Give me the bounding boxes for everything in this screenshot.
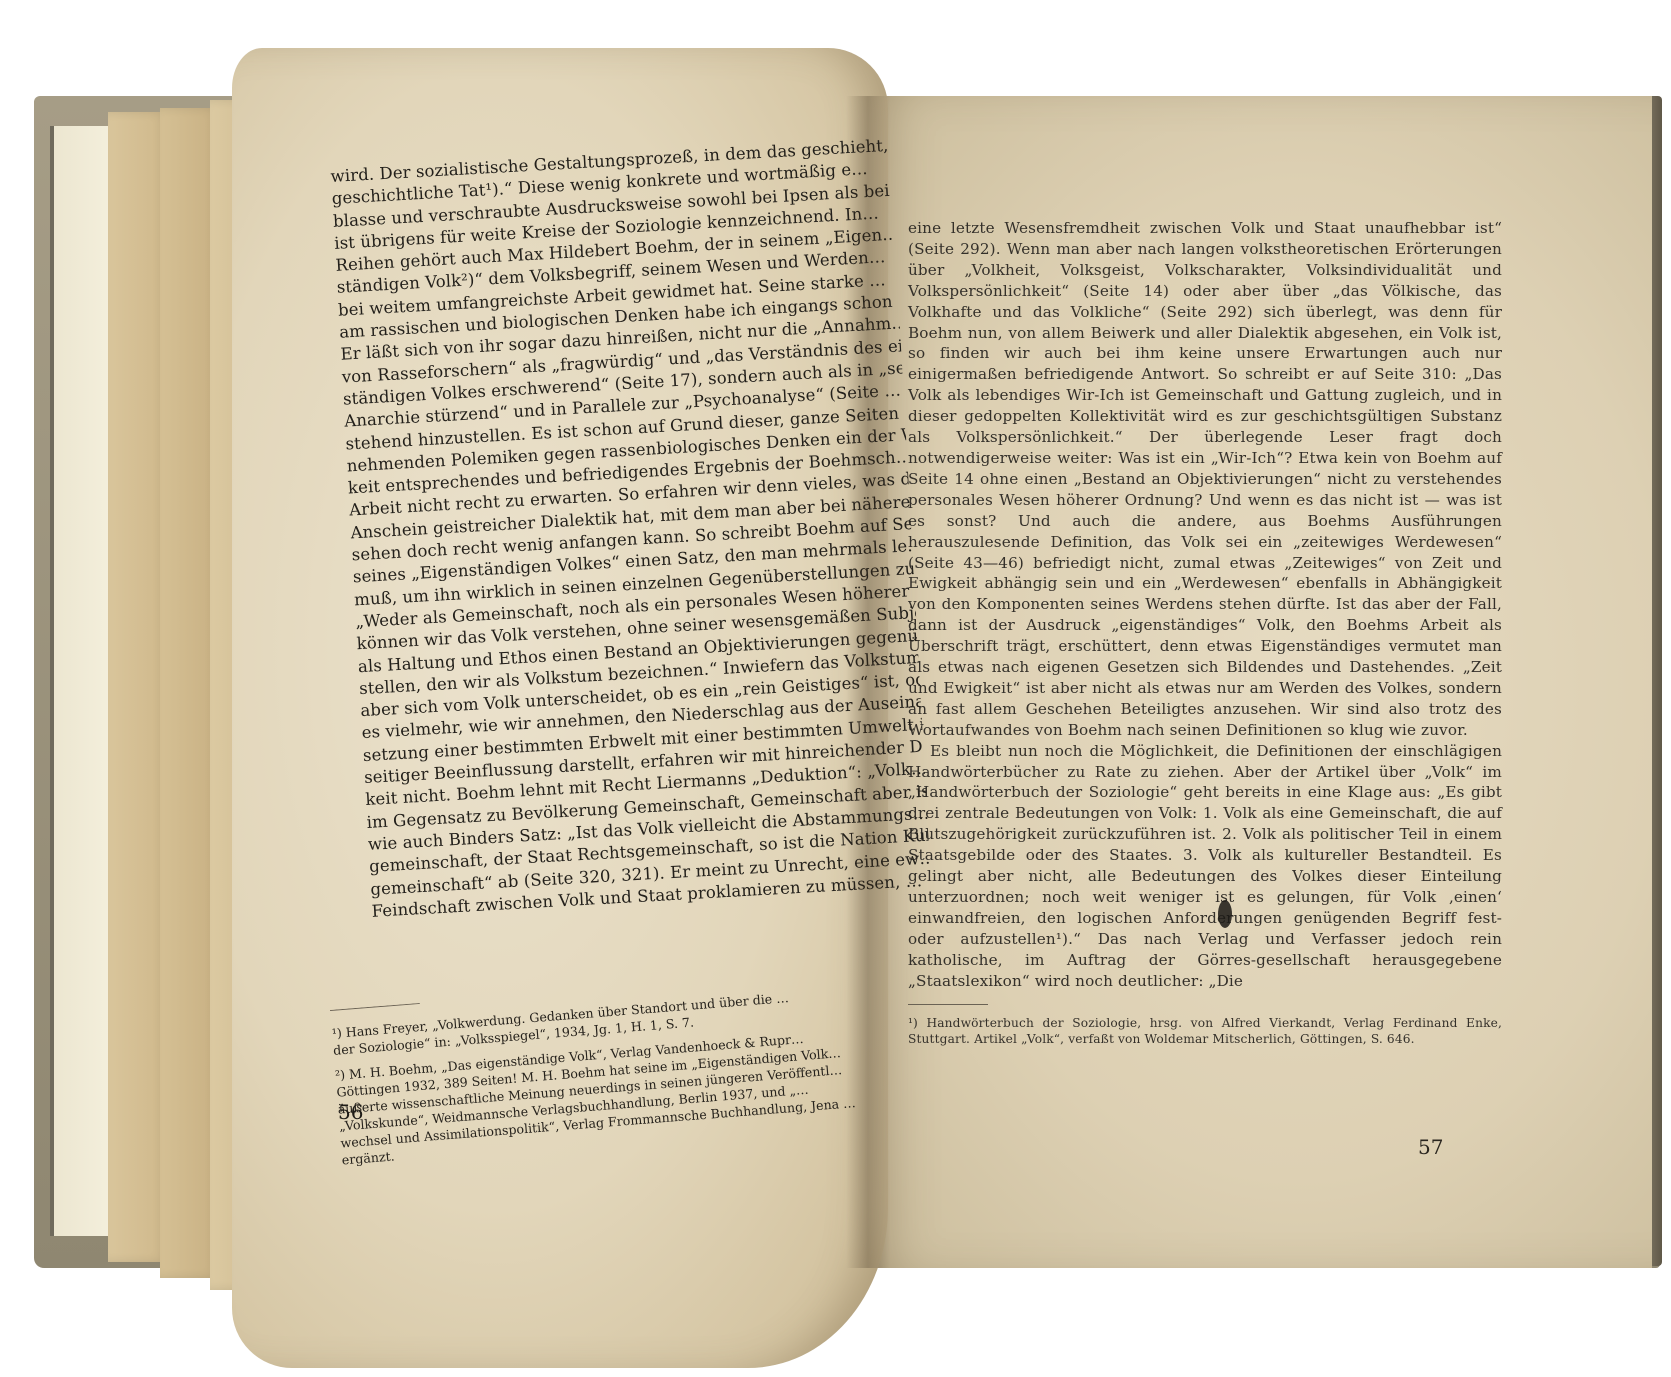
page-number-56: 56	[338, 1100, 363, 1124]
left-page-footnotes: ¹) Hans Freyer, „Volkwerdung. Gedanken ü…	[330, 966, 901, 1168]
right-page: eine letzte Wesensfremdheit zwischen Vol…	[866, 96, 1652, 1268]
right-page-paragraph-1: eine letzte Wesensfremdheit zwischen Vol…	[908, 218, 1502, 741]
page-number-57: 57	[1418, 1135, 1443, 1159]
footnote-divider	[908, 1004, 988, 1005]
left-page-text: wird. Der sozialistische Gestaltungsproz…	[330, 135, 931, 923]
left-page: wird. Der sozialistische Gestaltungsproz…	[232, 48, 888, 1368]
ink-blot	[1218, 900, 1232, 928]
right-page-paragraph-2: Es bleibt nun noch die Möglichkeit, die …	[908, 741, 1502, 992]
page-stack-edge	[108, 112, 168, 1262]
open-book: eine letzte Wesensfremdheit zwischen Vol…	[0, 0, 1671, 1377]
footnote-divider	[330, 1003, 420, 1011]
endpaper	[50, 126, 112, 1236]
gutter-shadow	[846, 96, 890, 1268]
right-page-text: eine letzte Wesensfremdheit zwischen Vol…	[908, 218, 1502, 1048]
right-page-footnote: ¹) Handwörterbuch der Soziologie, hrsg. …	[908, 1015, 1502, 1048]
